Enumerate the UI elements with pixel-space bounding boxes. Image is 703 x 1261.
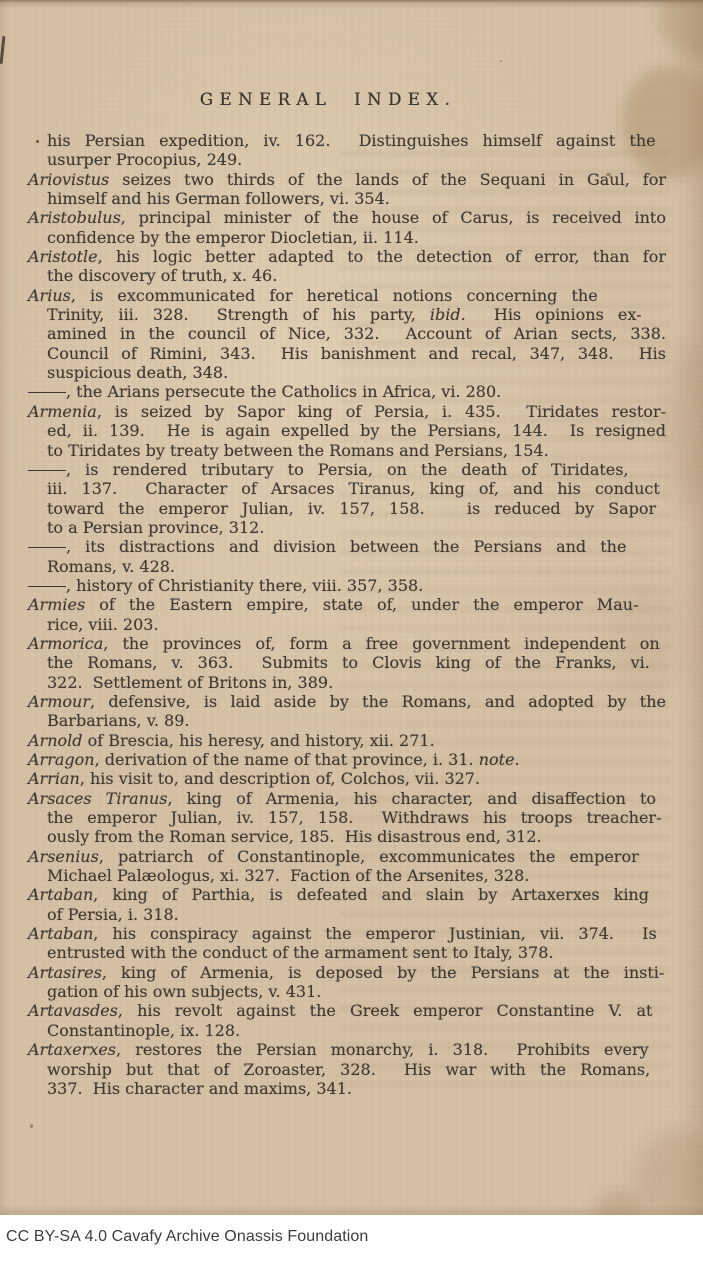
- index-entry: Ariovistus seizes two thirds of the land…: [28, 170, 666, 209]
- index-line: Michael Palæologus, xi. 327. Faction of …: [28, 866, 666, 885]
- index-entry: Aristobulus, principal minister of the h…: [28, 208, 666, 247]
- index-line: himself and his German followers, vi. 35…: [28, 189, 666, 208]
- index-entry: Arius, is excommunicated for heretical n…: [28, 286, 666, 383]
- index-line: Artavasdes, his revolt against the Greek…: [28, 1001, 666, 1020]
- entry-term: Arnold: [28, 731, 83, 750]
- index-line: Arrian, his visit to, and description of…: [28, 769, 666, 788]
- index-line: toward the emperor Julian, iv. 157, 158.…: [28, 499, 666, 518]
- index-line: to a Persian province, 312.: [28, 518, 666, 537]
- entry-term: Aristobulus: [28, 208, 121, 227]
- index-line: confidence by the emperor Diocletian, ii…: [28, 228, 666, 247]
- entry-term: Armorica: [28, 634, 103, 653]
- index-line: Arnold of Brescia, his heresy, and histo…: [28, 731, 666, 750]
- index-line: the emperor Julian, iv. 157, 158. Withdr…: [28, 808, 666, 827]
- paper-stain: [636, 1130, 703, 1225]
- paper-speck: [30, 1124, 33, 1128]
- index-line: Romans, v. 428.: [28, 557, 666, 576]
- index-line: 337. His character and maxims, 341.: [28, 1079, 666, 1098]
- index-line: Barbarians, v. 89.: [28, 711, 666, 730]
- index-entry: Armies of the Eastern empire, state of, …: [28, 595, 666, 634]
- entry-term: Arragon: [28, 750, 95, 769]
- index-line: of Persia, i. 318.: [28, 905, 666, 924]
- index-entry: , is rendered tributary to Persia, on th…: [28, 460, 666, 537]
- index-line: Trinity, iii. 328. Strength of his party…: [28, 305, 666, 324]
- entry-term: Artavasdes: [28, 1001, 118, 1020]
- index-line: gation of his own subjects, v. 431.: [28, 982, 666, 1001]
- entry-term: Ariovistus: [28, 170, 109, 189]
- index-line: , its distractions and division between …: [28, 537, 666, 556]
- index-line: Ariovistus seizes two thirds of the land…: [28, 170, 666, 189]
- paper-stain: [666, 340, 703, 510]
- index-line: ously from the Roman service, 185. His d…: [28, 827, 666, 846]
- index-entry: Armenia, is seized by Sapor king of Pers…: [28, 402, 666, 460]
- index-entry: Armorica, the provinces of, form a free …: [28, 634, 666, 692]
- index-line: Armenia, is seized by Sapor king of Pers…: [28, 402, 666, 421]
- dash-marker: [28, 392, 66, 393]
- entry-term: Artasires: [28, 963, 102, 982]
- index-entry: , the Arians persecute the Catholics in …: [28, 382, 666, 401]
- index-entry: Artavasdes, his revolt against the Greek…: [28, 1001, 666, 1040]
- index-line: Artasires, king of Armenia, is deposed b…: [28, 963, 666, 982]
- index-line: amined in the council of Nice, 332. Acco…: [28, 324, 666, 343]
- index-line: Aristotle, his logic better adapted to t…: [28, 247, 666, 266]
- page-title: GENERAL INDEX.: [9, 90, 647, 109]
- index-entry: his Persian expedition, iv. 162. Disting…: [28, 131, 666, 170]
- index-entry: , its distractions and division between …: [28, 537, 666, 576]
- index-line: Artaban, his conspiracy against the empe…: [28, 924, 666, 943]
- index-line: , the Arians persecute the Catholics in …: [28, 382, 666, 401]
- index-entry: Artaxerxes, restores the Persian monarch…: [28, 1040, 666, 1098]
- index-entry: Arrian, his visit to, and description of…: [28, 769, 666, 788]
- entry-term: Artaban: [28, 885, 93, 904]
- index-entry: Arragon, derivation of the name of that …: [28, 750, 666, 769]
- index-line: Artaxerxes, restores the Persian monarch…: [28, 1040, 666, 1059]
- index-entry: Arnold of Brescia, his heresy, and histo…: [28, 731, 666, 750]
- index-line: Artaban, king of Parthia, is defeated an…: [28, 885, 666, 904]
- index-line: Aristobulus, principal minister of the h…: [28, 208, 666, 227]
- index-line: Armies of the Eastern empire, state of, …: [28, 595, 666, 614]
- index-line: entrusted with the conduct of the armame…: [28, 943, 666, 962]
- entry-term: Arsaces Tiranus: [28, 789, 167, 808]
- index-line: Armour, defensive, is laid aside by the …: [28, 692, 666, 711]
- paper-background: GENERAL INDEX. his Persian expedition, i…: [0, 0, 703, 1215]
- index-line: the Romans, v. 363. Submits to Clovis ki…: [28, 653, 666, 672]
- index-line: Arragon, derivation of the name of that …: [28, 750, 666, 769]
- entry-term: Artaban: [28, 924, 93, 943]
- index-line: usurper Procopius, 249.: [28, 150, 666, 169]
- index-entry: Artaban, his conspiracy against the empe…: [28, 924, 666, 963]
- index-entry: Artaban, king of Parthia, is defeated an…: [28, 885, 666, 924]
- entry-term: Aristotle: [28, 247, 98, 266]
- index-line: to Tiridates by treaty between the Roman…: [28, 441, 666, 460]
- index-line: ed, ii. 139. He is again expelled by the…: [28, 421, 666, 440]
- index-line: Constantinople, ix. 128.: [28, 1021, 666, 1040]
- index-line: his Persian expedition, iv. 162. Disting…: [28, 131, 666, 150]
- index-line: Arius, is excommunicated for heretical n…: [28, 286, 666, 305]
- index-entry: , history of Christianity there, viii. 3…: [28, 576, 666, 595]
- entry-term: Artaxerxes: [28, 1040, 116, 1059]
- index-line: Arsenius, patriarch of Constantinople, e…: [28, 847, 666, 866]
- index-line: , history of Christianity there, viii. 3…: [28, 576, 666, 595]
- entry-term: Arrian: [28, 769, 80, 788]
- dash-marker: [28, 470, 66, 471]
- index-line: Armorica, the provinces of, form a free …: [28, 634, 666, 653]
- index-entry: Arsaces Tiranus, king of Armenia, his ch…: [28, 789, 666, 847]
- paper-stain: [660, 0, 703, 62]
- entry-term: Armour: [28, 692, 90, 711]
- entry-term: Armies: [28, 595, 85, 614]
- index-line: suspicious death, 348.: [28, 363, 666, 382]
- index-line: iii. 137. Character of Arsaces Tiranus, …: [28, 479, 666, 498]
- index-line: Council of Rimini, 343. His banishment a…: [28, 344, 666, 363]
- index-line: , is rendered tributary to Persia, on th…: [28, 460, 666, 479]
- scan-edge-mark: [0, 36, 5, 64]
- entry-term: Arius: [28, 286, 71, 305]
- index-entry: Armour, defensive, is laid aside by the …: [28, 692, 666, 731]
- index-line: worship but that of Zoroaster, 328. His …: [28, 1060, 666, 1079]
- license-attribution: CC BY-SA 4.0 Cavafy Archive Onassis Foun…: [6, 1228, 368, 1246]
- index-entry: Aristotle, his logic better adapted to t…: [28, 247, 666, 286]
- attribution-bar: CC BY-SA 4.0 Cavafy Archive Onassis Foun…: [0, 1215, 703, 1261]
- index-entries: his Persian expedition, iv. 162. Disting…: [28, 131, 666, 1098]
- index-entry: Artasires, king of Armenia, is deposed b…: [28, 963, 666, 1002]
- entry-term: Arsenius: [28, 847, 99, 866]
- scanned-book-page: GENERAL INDEX. his Persian expedition, i…: [0, 0, 703, 1261]
- entry-term: Armenia: [28, 402, 97, 421]
- dash-marker: [28, 586, 66, 587]
- index-line: the discovery of truth, x. 46.: [28, 266, 666, 285]
- index-line: Arsaces Tiranus, king of Armenia, his ch…: [28, 789, 666, 808]
- index-entry: Arsenius, patriarch of Constantinople, e…: [28, 847, 666, 886]
- paper-speck: [500, 60, 502, 62]
- index-line: 322. Settlement of Britons in, 389.: [28, 673, 666, 692]
- index-line: rice, viii. 203.: [28, 615, 666, 634]
- dash-marker: [28, 547, 66, 548]
